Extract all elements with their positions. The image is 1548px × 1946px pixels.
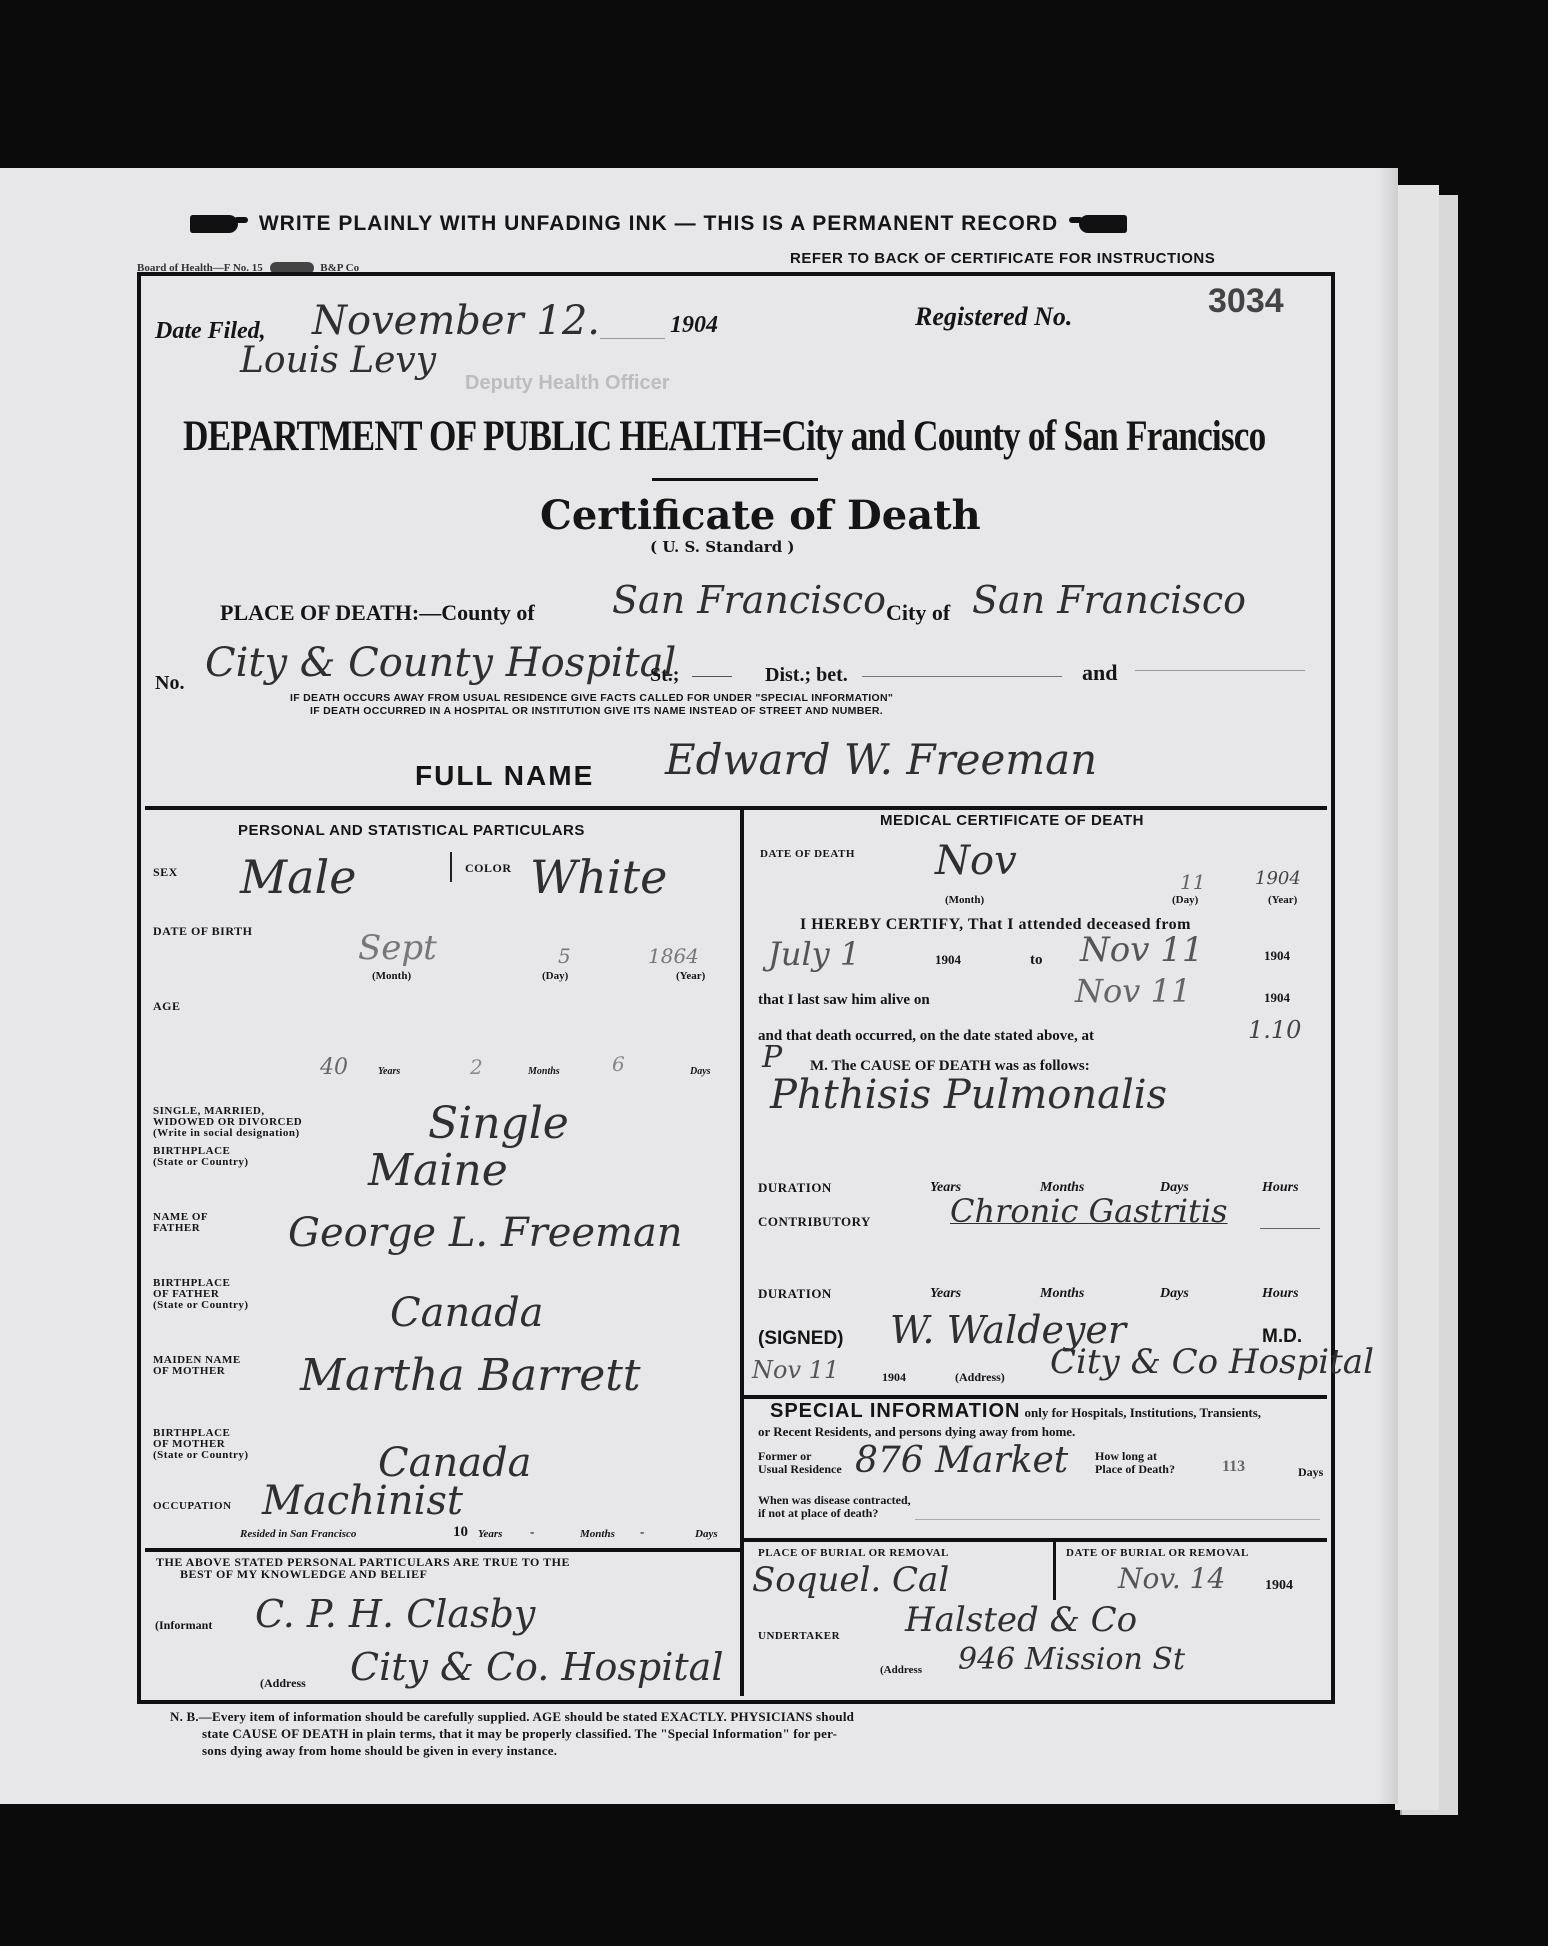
undertaker-address-label: (Address <box>880 1664 922 1676</box>
officer-title: Deputy Health Officer <box>465 372 669 395</box>
special-heading: SPECIAL INFORMATION <box>770 1400 1020 1422</box>
special-heading-note-2: or Recent Residents, and persons dying a… <box>758 1424 1075 1440</box>
dod-year-caption: (Year) <box>1268 894 1297 906</box>
instructions: REFER TO BACK OF CERTIFICATE FOR INSTRUC… <box>790 250 1215 267</box>
contracted-label: When was disease contracted, if not at p… <box>758 1494 911 1520</box>
father-label-line-2: FATHER <box>153 1223 208 1234</box>
undertaker-value: Halsted & Co <box>905 1600 1137 1640</box>
column-divider <box>740 806 744 1696</box>
date-filed-year: 1904 <box>670 312 718 339</box>
medical-heading: MEDICAL CERTIFICATE OF DEATH <box>880 812 1144 829</box>
burial-divider <box>742 1538 1327 1542</box>
place-of-death-label: PLACE OF DEATH:—County of <box>220 600 535 626</box>
duration-label: DURATION <box>758 1182 832 1194</box>
marital-label: SINGLE, MARRIED, WIDOWED OR DIVORCED (Wr… <box>153 1106 302 1139</box>
age-years: 40 <box>320 1055 348 1080</box>
pointing-hand-icon <box>1079 215 1127 233</box>
contracted-rule <box>915 1519 1320 1520</box>
duration-hours: Hours <box>1262 1180 1299 1196</box>
certificate-title: Certificate of Death <box>540 492 981 539</box>
date-of-death-label: DATE OF DEATH <box>760 848 855 860</box>
father-label: NAME OF FATHER <box>153 1212 208 1234</box>
to-label: to <box>1030 952 1043 969</box>
undertaker-address-value: 946 Mission St <box>958 1642 1185 1677</box>
birthplace-label: BIRTHPLACE (State or Country) <box>153 1146 249 1168</box>
footnote-line-1: N. B.—Every item of information should b… <box>170 1708 854 1725</box>
signed-date: Nov 11 <box>752 1356 839 1384</box>
special-divider <box>742 1395 1327 1399</box>
street-rule <box>692 676 732 677</box>
signed-label: (SIGNED) <box>758 1328 844 1350</box>
resided-years-caption: Years <box>478 1528 502 1540</box>
marital-value: Single <box>428 1098 569 1149</box>
birthplace-label-line-2: (State or Country) <box>153 1157 249 1168</box>
age-days-caption: Days <box>690 1066 711 1077</box>
father-value: George L. Freeman <box>288 1210 683 1256</box>
pointing-hand-icon <box>190 215 238 233</box>
sex-value: Male <box>240 850 356 904</box>
district-label: Dist.; bet. <box>765 664 848 687</box>
page-edge-shadow <box>1378 168 1398 1804</box>
special-heading-block: SPECIAL INFORMATION only for Hospitals, … <box>770 1400 1330 1423</box>
officer-signature: Louis Levy <box>240 340 436 381</box>
age-months: 2 <box>470 1055 483 1079</box>
mother-value: Martha Barrett <box>300 1350 641 1401</box>
informant-value: C. P. H. Clasby <box>255 1592 535 1636</box>
father-birthplace-label-line-3: (State or Country) <box>153 1300 249 1311</box>
occupation-label: OCCUPATION <box>153 1500 232 1512</box>
time-of-death: 1.10 <box>1248 1016 1301 1044</box>
informant-address-value: City & Co. Hospital <box>350 1645 723 1689</box>
sex-label: SEX <box>153 866 178 878</box>
physician-address-value: City & Co Hospital <box>1050 1342 1374 1382</box>
footnote-line-3: sons dying away from home should be give… <box>170 1742 854 1759</box>
age-months-caption: Months <box>528 1066 560 1077</box>
cause-value: Phthisis Pulmonalis <box>770 1072 1167 1118</box>
marital-label-line-3: (Write in social designation) <box>153 1128 302 1139</box>
attended-from-year: 1904 <box>935 952 961 968</box>
county-value: San Francisco <box>612 578 886 622</box>
full-name-label: FULL NAME <box>415 760 594 792</box>
registered-number: 3034 <box>1208 282 1284 321</box>
dod-month-caption: (Month) <box>945 894 984 906</box>
residence-label: Former or Usual Residence <box>758 1450 842 1476</box>
informant-statement-line-2: BEST OF MY KNOWLEDGE AND BELIEF <box>156 1568 570 1580</box>
last-saw-year: 1904 <box>1264 990 1290 1006</box>
dob-month-caption: (Month) <box>372 970 411 982</box>
age-label: AGE <box>153 1000 181 1012</box>
burial-year: 1904 <box>1265 1578 1293 1594</box>
how-long-label: How long at Place of Death? <box>1095 1450 1175 1476</box>
resided-label: Resided in San Francisco <box>240 1528 356 1540</box>
mother-label: MAIDEN NAME OF MOTHER <box>153 1355 241 1377</box>
dob-day: 5 <box>558 944 571 968</box>
father-birthplace-value: Canada <box>390 1290 544 1336</box>
contributory-rule <box>1260 1228 1320 1229</box>
signed-year: 1904 <box>882 1370 906 1385</box>
mother-birthplace-label: BIRTHPLACE OF MOTHER (State or Country) <box>153 1428 249 1461</box>
burial-date-label: DATE of BURIAL or REMOVAL <box>1066 1547 1249 1559</box>
place-note-line-2: IF DEATH OCCURRED IN A HOSPITAL OR INSTI… <box>290 705 893 718</box>
burial-place-value: Soquel. Cal <box>752 1560 949 1600</box>
and-rule <box>1135 670 1305 671</box>
color-label: COLOR <box>465 862 512 874</box>
residence-label-line-2: Usual Residence <box>758 1463 842 1476</box>
attended-to-year: 1904 <box>1264 948 1290 964</box>
undertaker-label: UNDERTAKER <box>758 1630 840 1642</box>
date-of-death-day: 11 <box>1180 870 1205 894</box>
standard-subtitle: ( U. S. Standard ) <box>650 538 795 556</box>
dob-month: Sept <box>358 928 437 968</box>
duration-label-2: DURATION <box>758 1288 832 1300</box>
banner-text: WRITE PLAINLY WITH UNFADING INK — THIS I… <box>259 212 1058 235</box>
street-label: St.; <box>650 664 679 687</box>
duration-hours-2: Hours <box>1262 1286 1299 1302</box>
place-note: IF DEATH OCCURS AWAY FROM USUAL RESIDENC… <box>290 692 893 718</box>
special-heading-note: only for Hospitals, Institutions, Transi… <box>1024 1405 1261 1420</box>
contributory-label: CONTRIBUTORY <box>758 1216 871 1228</box>
informant-divider <box>145 1548 742 1552</box>
resided-months: - <box>530 1524 534 1540</box>
number-label: No. <box>155 672 184 695</box>
date-filed-value: November 12. <box>312 298 600 344</box>
informant-label: (Informant <box>155 1618 212 1633</box>
footnote: N. B.—Every item of information should b… <box>170 1708 854 1759</box>
date-of-death-year: 1904 <box>1255 868 1301 889</box>
city-value: San Francisco <box>972 578 1246 622</box>
how-long-days-label: Days <box>1298 1465 1323 1480</box>
resided-days: - <box>640 1524 644 1540</box>
am-pm-value: P <box>762 1040 782 1075</box>
sex-color-divider <box>450 852 452 882</box>
burial-place-label: PLACE OF BURIAL OR REMOVAL <box>758 1547 949 1559</box>
department-title: DEPARTMENT OF PUBLIC HEALTH=City and Cou… <box>183 412 1265 461</box>
personal-heading: PERSONAL AND STATISTICAL PARTICULARS <box>238 822 585 839</box>
duration-months-2: Months <box>1040 1286 1084 1302</box>
age-years-caption: Years <box>378 1066 400 1077</box>
last-saw-value: Nov 11 <box>1075 972 1191 1010</box>
footnote-line-2: state CAUSE OF DEATH in plain terms, tha… <box>170 1725 854 1742</box>
attended-from: July 1 <box>768 935 860 973</box>
how-long-label-line-2: Place of Death? <box>1095 1463 1175 1476</box>
resided-years: 10 <box>453 1524 468 1541</box>
informant-statement: THE ABOVE STATED PERSONAL PARTICULARS AR… <box>156 1556 570 1580</box>
burial-date-value: Nov. 14 <box>1118 1562 1225 1595</box>
last-saw-label: that I last saw him alive on <box>758 992 930 1009</box>
informant-address-label: (Address <box>260 1676 306 1691</box>
residence-value: 876 Market <box>855 1440 1068 1481</box>
registered-label: Registered No. <box>915 302 1072 332</box>
how-long-value: 113 <box>1222 1458 1245 1476</box>
date-filed-rule <box>600 338 665 339</box>
mother-label-line-2: OF MOTHER <box>153 1366 241 1377</box>
birthplace-value: Maine <box>368 1145 508 1196</box>
contributory-value: Chronic Gastritis <box>950 1192 1228 1230</box>
place-note-line-1: IF DEATH OCCURS AWAY FROM USUAL RESIDENC… <box>290 692 893 705</box>
dob-label: DATE OF BIRTH <box>153 925 252 937</box>
title-divider <box>652 478 818 481</box>
location-value: City & County Hospital <box>205 640 676 686</box>
father-birthplace-label: BIRTHPLACE OF FATHER (State or Country) <box>153 1278 249 1311</box>
resided-months-caption: Months <box>580 1528 615 1540</box>
occupation-value: Machinist <box>262 1478 463 1524</box>
city-label: City of <box>886 600 950 626</box>
physician-address-label: (Address) <box>955 1370 1005 1385</box>
and-label: and <box>1082 660 1117 686</box>
dob-year-caption: (Year) <box>676 970 705 982</box>
date-of-death-month: Nov <box>935 838 1017 884</box>
attended-to: Nov 11 <box>1080 930 1204 970</box>
mother-birthplace-label-line-3: (State or Country) <box>153 1450 249 1461</box>
dob-day-caption: (Day) <box>542 970 568 982</box>
banner: WRITE PLAINLY WITH UNFADING INK — THIS I… <box>190 212 1127 236</box>
page-stack-middle <box>1395 185 1439 1810</box>
dob-year: 1864 <box>648 944 699 968</box>
full-name-value: Edward W. Freeman <box>665 735 1097 784</box>
contracted-label-line-2: if not at place of death? <box>758 1507 911 1520</box>
dod-day-caption: (Day) <box>1172 894 1198 906</box>
occurred-text: and that death occurred, on the date sta… <box>758 1028 1094 1045</box>
district-rule <box>862 676 1062 677</box>
resided-days-caption: Days <box>695 1528 718 1540</box>
age-days: 6 <box>612 1052 625 1076</box>
duration-days-2: Days <box>1160 1286 1189 1302</box>
color-value: White <box>530 850 667 904</box>
duration-years-2: Years <box>930 1286 961 1302</box>
burial-column-divider <box>1053 1540 1056 1600</box>
section-divider <box>145 806 1327 810</box>
